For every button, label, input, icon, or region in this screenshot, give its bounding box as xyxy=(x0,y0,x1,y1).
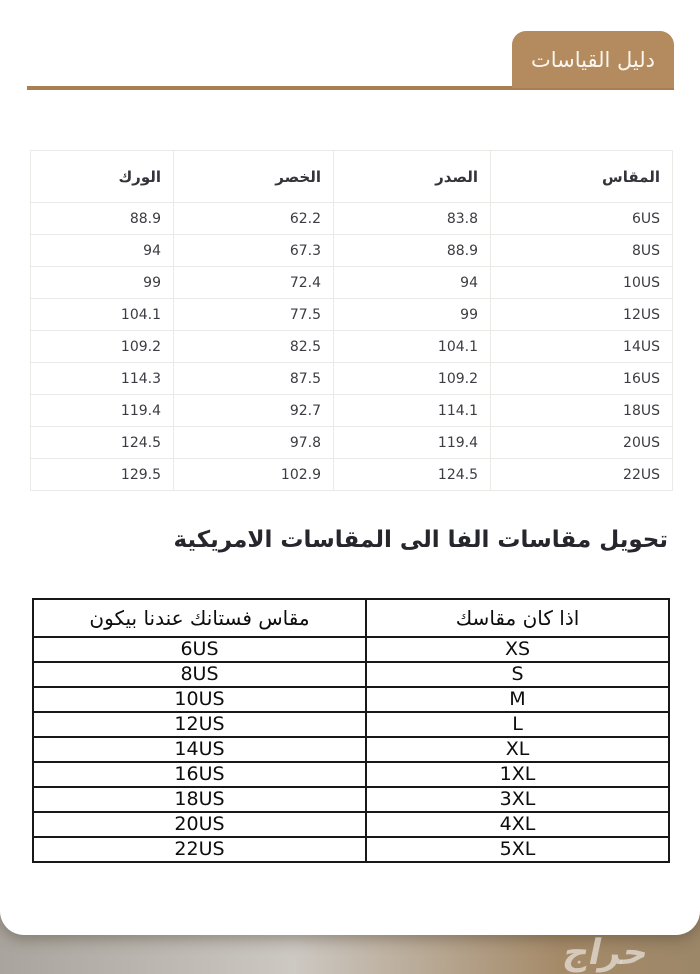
table-row: 14US104.182.5109.2 xyxy=(31,331,673,363)
conversion-header-row: اذا كان مقاسك مقاس فستانك عندنا بيكون xyxy=(33,599,669,637)
table-row: 1XL16US xyxy=(33,762,669,787)
table-cell: 114.3 xyxy=(31,363,174,395)
table-cell: S xyxy=(366,662,669,687)
table-row: 10US9472.499 xyxy=(31,267,673,299)
table-cell: 83.8 xyxy=(334,203,491,235)
column-header-our-size: مقاس فستانك عندنا بيكون xyxy=(33,599,366,637)
table-row: XL14US xyxy=(33,737,669,762)
table-cell: 1XL xyxy=(366,762,669,787)
table-cell: 20US xyxy=(33,812,366,837)
table-row: L12US xyxy=(33,712,669,737)
table-row: 8US88.967.394 xyxy=(31,235,673,267)
table-row: M10US xyxy=(33,687,669,712)
table-cell: 3XL xyxy=(366,787,669,812)
table-cell: 102.9 xyxy=(174,459,334,491)
table-cell: 5XL xyxy=(366,837,669,862)
table-cell: 119.4 xyxy=(31,395,174,427)
table-cell: 22US xyxy=(33,837,366,862)
table-cell: L xyxy=(366,712,669,737)
table-cell: 104.1 xyxy=(334,331,491,363)
table-cell: 94 xyxy=(334,267,491,299)
table-cell: 124.5 xyxy=(31,427,174,459)
table-cell: 16US xyxy=(33,762,366,787)
table-cell: 6US xyxy=(33,637,366,662)
column-header-size: المقاس xyxy=(491,151,673,203)
table-cell: 22US xyxy=(491,459,673,491)
table-cell: 77.5 xyxy=(174,299,334,331)
table-cell: 20US xyxy=(491,427,673,459)
table-row: 6US83.862.288.9 xyxy=(31,203,673,235)
table-cell: 119.4 xyxy=(334,427,491,459)
table-cell: 62.2 xyxy=(174,203,334,235)
table-cell: 18US xyxy=(491,395,673,427)
table-cell: 14US xyxy=(33,737,366,762)
column-header-bust: الصدر xyxy=(334,151,491,203)
table-cell: 67.3 xyxy=(174,235,334,267)
table-cell: 72.4 xyxy=(174,267,334,299)
table-row: 4XL20US xyxy=(33,812,669,837)
table-cell: 109.2 xyxy=(31,331,174,363)
table-cell: 114.1 xyxy=(334,395,491,427)
table-cell: 92.7 xyxy=(174,395,334,427)
table-cell: 12US xyxy=(33,712,366,737)
table-row: 5XL22US xyxy=(33,837,669,862)
table-row: 18US114.192.7119.4 xyxy=(31,395,673,427)
column-header-your-size: اذا كان مقاسك xyxy=(366,599,669,637)
table-cell: 4XL xyxy=(366,812,669,837)
size-conversion-table: اذا كان مقاسك مقاس فستانك عندنا بيكون XS… xyxy=(32,598,670,863)
size-guide-tab: دليل القياسات xyxy=(512,31,674,88)
table-cell: 8US xyxy=(33,662,366,687)
measurements-header-row: المقاس الصدر الخصر الورك xyxy=(31,151,673,203)
table-row: XS6US xyxy=(33,637,669,662)
table-cell: 99 xyxy=(334,299,491,331)
haraj-watermark-logo: حراج xyxy=(560,933,653,973)
table-row: 16US109.287.5114.3 xyxy=(31,363,673,395)
table-cell: 82.5 xyxy=(174,331,334,363)
table-cell: 104.1 xyxy=(31,299,174,331)
table-cell: XL xyxy=(366,737,669,762)
table-cell: 88.9 xyxy=(334,235,491,267)
table-cell: 88.9 xyxy=(31,203,174,235)
size-guide-tab-label: دليل القياسات xyxy=(531,48,655,72)
table-cell: 10US xyxy=(491,267,673,299)
measurements-table: المقاس الصدر الخصر الورك 6US83.862.288.9… xyxy=(30,150,673,491)
table-cell: 124.5 xyxy=(334,459,491,491)
table-row: 20US119.497.8124.5 xyxy=(31,427,673,459)
table-cell: 10US xyxy=(33,687,366,712)
table-cell: 99 xyxy=(31,267,174,299)
table-cell: 97.8 xyxy=(174,427,334,459)
table-cell: 14US xyxy=(491,331,673,363)
table-cell: 18US xyxy=(33,787,366,812)
table-cell: 12US xyxy=(491,299,673,331)
table-cell: 87.5 xyxy=(174,363,334,395)
conversion-heading: تحويل مقاسات الفا الى المقاسات الامريكية xyxy=(32,523,668,558)
content-card: دليل القياسات المقاس الصدر الخصر الورك 6… xyxy=(0,0,700,935)
table-cell: XS xyxy=(366,637,669,662)
table-row: 22US124.5102.9129.5 xyxy=(31,459,673,491)
table-cell: 109.2 xyxy=(334,363,491,395)
table-cell: 16US xyxy=(491,363,673,395)
table-cell: M xyxy=(366,687,669,712)
column-header-waist: الخصر xyxy=(174,151,334,203)
column-header-hip: الورك xyxy=(31,151,174,203)
table-row: 3XL18US xyxy=(33,787,669,812)
table-cell: 129.5 xyxy=(31,459,174,491)
table-cell: 8US xyxy=(491,235,673,267)
table-cell: 94 xyxy=(31,235,174,267)
table-row: S8US xyxy=(33,662,669,687)
table-cell: 6US xyxy=(491,203,673,235)
table-row: 12US9977.5104.1 xyxy=(31,299,673,331)
